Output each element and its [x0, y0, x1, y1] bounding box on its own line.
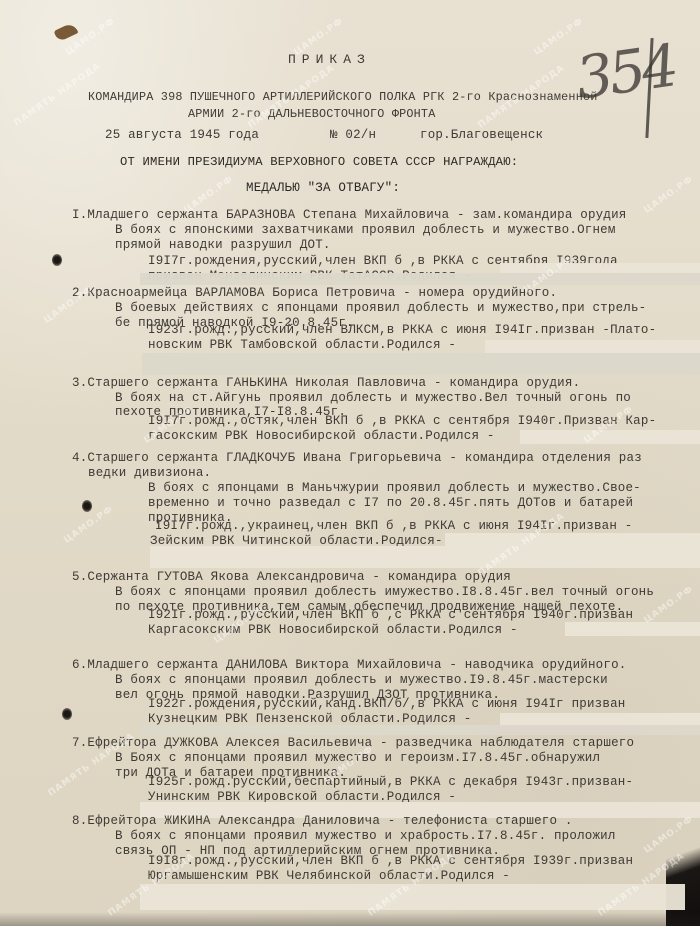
redaction-box: [140, 273, 700, 285]
preamble: ОТ ИМЕНИ ПРЕЗИДИУМА ВЕРХОВНОГО СОВЕТА СС…: [120, 155, 518, 170]
entry-bio-line: I923г.рожд.,русский,член ВЛКСМ,в РККА с …: [148, 323, 656, 338]
entry-text-line: прямой наводки разрушил ДОТ.: [115, 238, 331, 253]
document-page: 354 ПРИКАЗ КОМАНДИРА 398 ПУШЕЧНОГО АРТИЛ…: [0, 0, 700, 926]
entry-heading: 8.Ефрейтора ЖИКИНА Александра Даниловича…: [72, 814, 573, 829]
entry-heading: 3.Старшего сержанта ГАНЬКИНА Николая Пав…: [72, 376, 580, 391]
entry-heading: I.Младшего сержанта БАРАЗНОВА Степана Ми…: [72, 208, 627, 223]
order-date: 25 августа 1945 года: [105, 128, 259, 143]
paper-tear-mark: [53, 22, 78, 42]
entry-heading-continuation: ведки дивизиона.: [88, 466, 211, 481]
redaction-box: [565, 622, 700, 636]
entry-text-line: В боях с японскими захватчиками проявил …: [115, 223, 616, 238]
entry-text-line: В боевых действиях с японцами проявил до…: [115, 301, 646, 316]
archive-watermark: ЦАМО.РФ: [642, 174, 695, 215]
entry-heading: 6.Младшего сержанта ДАНИЛОВА Виктора Мих…: [72, 658, 627, 673]
punch-hole-icon: [52, 254, 62, 266]
entry-heading: 5.Сержанта ГУТОВА Якова Александровича -…: [72, 570, 511, 585]
punch-hole-icon: [62, 708, 72, 720]
redaction-box: [150, 546, 700, 568]
issuer-line-2: АРМИИ 2-го ДАЛЬНЕВОСТОЧНОГО ФРОНТА: [188, 107, 436, 122]
archive-watermark: ЦАМО.РФ: [42, 284, 95, 325]
archive-watermark: ЦАМО.РФ: [64, 16, 117, 57]
entry-text-line: В боях на ст.Айгунь проявил доблесть и м…: [115, 391, 631, 406]
bottom-edge-shadow: [0, 912, 700, 926]
redaction-box: [445, 533, 700, 547]
redaction-box: [140, 725, 700, 735]
entry-text-line: В боях с японцами проявил доблесть и муж…: [115, 673, 608, 688]
entry-bio-line: новским РВК Тамбовской области.Родился -: [148, 338, 456, 353]
entry-bio-line: I925г.рожд.русский,беспартийный,в РККА с…: [148, 775, 633, 790]
entry-heading: 2.Красноармейца ВАРЛАМОВА Бориса Петрови…: [72, 286, 557, 301]
entry-bio-line: I922г.рождения,русский,канд.ВКП/б/,в РКК…: [148, 697, 625, 712]
redaction-box: [142, 353, 700, 375]
order-number: № 02/н: [330, 128, 376, 143]
entry-text-line: временно и точно разведал с I7 по 20.8.4…: [148, 496, 633, 511]
entry-text-line: В боях с японцами проявил мужество и хра…: [115, 829, 616, 844]
entry-text-line: В боях с японцами в Маньчжурии проявил д…: [148, 481, 641, 496]
entry-bio-line: Юргамышенским РВК Челябинской области.Ро…: [148, 869, 510, 884]
entry-bio-line: I9I8г.рожд.,русский,член ВКП б ,в РККА с…: [148, 854, 633, 869]
entry-heading: 7.Ефрейтора ДУЖКОВА Алексея Васильевича …: [72, 736, 634, 751]
entry-bio-line: Каргасокским РВК Новосибирской области.Р…: [148, 623, 518, 638]
entry-bio-line: I9I7г.рожд.,остяк,член ВКП б ,в РККА с с…: [148, 414, 656, 429]
entry-bio-line: гасокским РВК Новосибирской области.Роди…: [148, 429, 495, 444]
punch-hole-icon: [82, 500, 92, 512]
entry-bio-line: I92Iг.рожд.,русский,член ВКП б ,с РККА с…: [148, 608, 633, 623]
award-name: МЕДАЛЬЮ "ЗА ОТВАГУ":: [246, 181, 400, 196]
redaction-box: [520, 430, 700, 444]
entry-text-line: В боях с японцами проявил доблесть имуже…: [115, 585, 654, 600]
entry-heading: 4.Старшего сержанта ГЛАДКОЧУБ Ивана Григ…: [72, 451, 642, 466]
